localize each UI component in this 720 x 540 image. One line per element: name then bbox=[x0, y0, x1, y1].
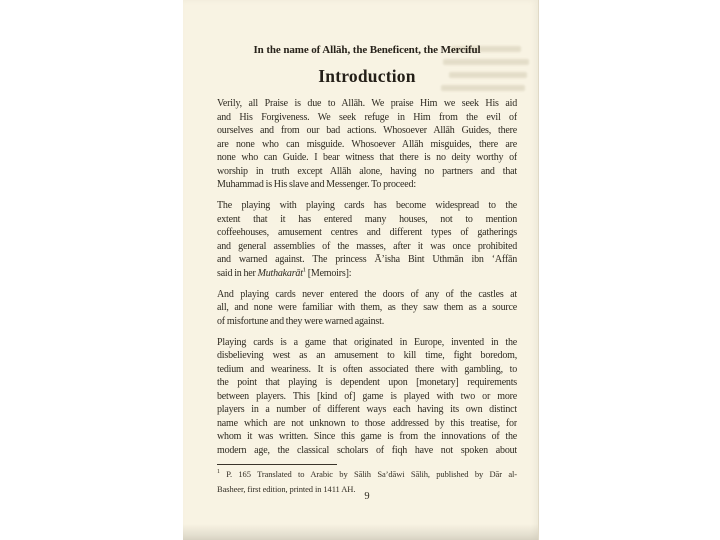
book-title-term: Muthakarāt bbox=[258, 268, 303, 279]
paragraph-3: And playing cards never entered the door… bbox=[217, 288, 517, 329]
footnote-line: 1 P. 165 Translated to Arabic by Sālih S… bbox=[217, 467, 517, 482]
paragraph-4: Playing cards is a game that originated … bbox=[217, 336, 517, 458]
text-line: and warned against. The princess Ā’isha … bbox=[217, 253, 517, 267]
text-line: coffeehouses, amusement centres and diff… bbox=[217, 226, 517, 240]
text-line: and His Forgiveness. We seek refuge in H… bbox=[217, 111, 517, 125]
paragraph-2: The playing with playing cards has becom… bbox=[217, 199, 517, 280]
text-segment: said in her bbox=[217, 268, 258, 279]
text-segment: [Memoirs]: bbox=[306, 268, 351, 279]
text-line: players in a number of different ways ea… bbox=[217, 403, 517, 417]
page-number: 9 bbox=[217, 491, 517, 502]
text-line: ourselves and from our bad actions. Whos… bbox=[217, 124, 517, 138]
text-line: are none who can misguide. Whosoever All… bbox=[217, 138, 517, 152]
scanned-book-page: In the name of Allāh, the Beneficent, th… bbox=[183, 0, 539, 540]
text-line: whom it was written. Since this game is … bbox=[217, 430, 517, 444]
text-line: of misfortune and they were warned again… bbox=[217, 315, 517, 329]
text-line: The playing with playing cards has becom… bbox=[217, 199, 517, 213]
text-line: and general assemblies of the masses, af… bbox=[217, 240, 517, 254]
text-line: name which are not unknown to those addr… bbox=[217, 417, 517, 431]
page-bottom-shadow bbox=[183, 524, 538, 540]
text-line: tedium and weariness. It is often associ… bbox=[217, 363, 517, 377]
text-line: none who can Guide. I bear witness that … bbox=[217, 151, 517, 165]
text-line: And playing cards never entered the door… bbox=[217, 288, 517, 302]
chapter-title: Introduction bbox=[217, 66, 517, 87]
footnote-text: P. 165 Translated to Arabic by Sālih Sa’… bbox=[220, 469, 517, 479]
bismillah-header: In the name of Allāh, the Beneficent, th… bbox=[217, 44, 517, 56]
text-line: said in her Muthakarāt1 [Memoirs]: bbox=[217, 267, 517, 281]
text-line: Verily, all Praise is due to Allāh. We p… bbox=[217, 97, 517, 111]
footnote-separator bbox=[217, 464, 337, 465]
text-line: Muhammad is His slave and Messenger. To … bbox=[217, 178, 517, 192]
text-line: worship in truth except Allāh alone, hav… bbox=[217, 165, 517, 179]
text-line: extent that it has entered many houses, … bbox=[217, 213, 517, 227]
text-line: between players. This [kind of] game is … bbox=[217, 390, 517, 404]
text-line: the point that playing is dependent upon… bbox=[217, 376, 517, 390]
text-line: all, and none were familiar with them, a… bbox=[217, 301, 517, 315]
paragraph-1: Verily, all Praise is due to Allāh. We p… bbox=[217, 97, 517, 192]
text-line: disbelieving west as an amusement to kil… bbox=[217, 349, 517, 363]
text-line: Playing cards is a game that originated … bbox=[217, 336, 517, 350]
bleed-through-mark bbox=[443, 59, 529, 65]
text-line: modern age, the classical scholars of fi… bbox=[217, 444, 517, 458]
body-text: Verily, all Praise is due to Allāh. We p… bbox=[217, 97, 517, 465]
